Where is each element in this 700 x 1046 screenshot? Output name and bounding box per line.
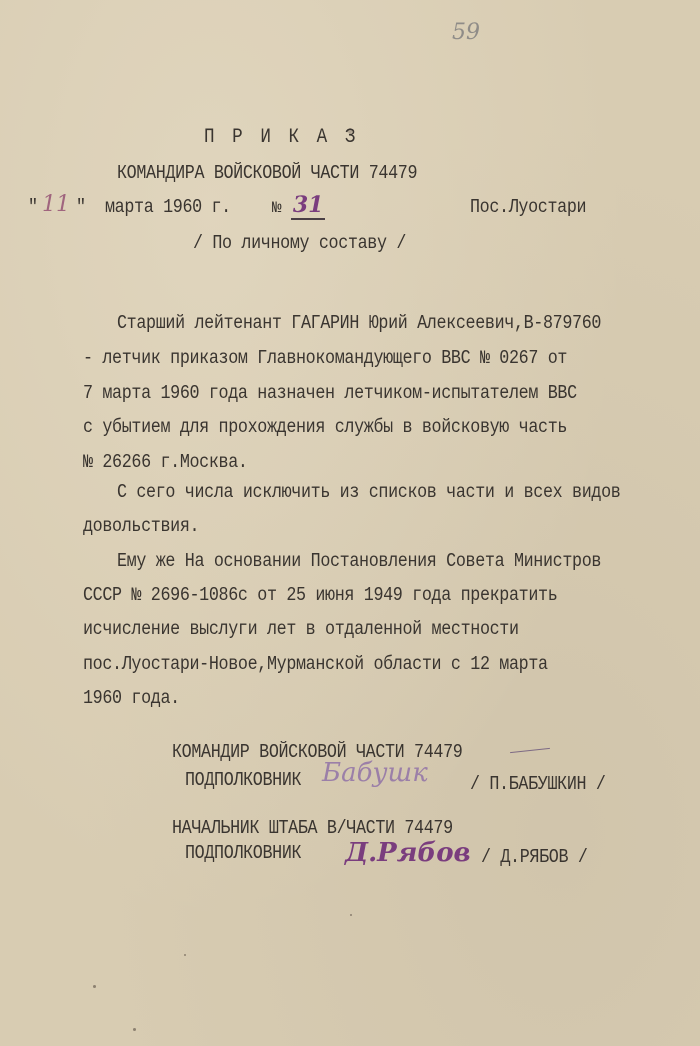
paper-speck xyxy=(93,985,96,988)
signer-rank: ПОДПОЛКОВНИК xyxy=(185,769,301,791)
body-line: 7 марта 1960 года назначен летчиком-испы… xyxy=(83,382,577,404)
body-line: - летчик приказом Главнокомандующего ВВС… xyxy=(83,347,567,369)
order-category: / По личному составу / xyxy=(193,232,406,254)
document-title: П Р И К А З xyxy=(204,126,359,149)
paper-speck xyxy=(184,954,186,956)
paper-speck xyxy=(133,1028,136,1031)
document-page: 59 П Р И К А З КОМАНДИРА ВОЙСКОВОЙ ЧАСТИ… xyxy=(0,0,700,1046)
body-line: 1960 года. xyxy=(83,687,180,709)
handwritten-signature: Д.Рябов xyxy=(345,838,471,868)
number-sign: № xyxy=(272,199,281,217)
body-line: исчисление выслуги лет в отдаленной мест… xyxy=(83,618,519,640)
signer-position: НАЧАЛЬНИК ШТАБА В/ЧАСТИ 74479 xyxy=(172,817,453,839)
handwritten-signature: Бабушк xyxy=(322,758,428,788)
body-line: с убытием для прохождения службы в войск… xyxy=(83,416,567,438)
quote-close: " xyxy=(76,196,86,218)
body-line: СССР № 2696-1086с от 25 июня 1949 года п… xyxy=(83,584,557,606)
document-subtitle: КОМАНДИРА ВОЙСКОВОЙ ЧАСТИ 74479 xyxy=(117,162,417,184)
body-line: Старший лейтенант ГАГАРИН Юрий Алексееви… xyxy=(117,312,601,334)
signer-name: / П.БАБУШКИН / xyxy=(470,773,606,795)
signer-name: / Д.РЯБОВ / xyxy=(481,846,588,868)
order-number: № 31 xyxy=(272,192,325,218)
body-line: Ему же На основании Постановления Совета… xyxy=(117,550,601,572)
order-location: Пос.Луостари xyxy=(470,196,586,218)
body-line: довольствия. xyxy=(83,515,199,537)
date-day: 11 xyxy=(42,192,70,217)
page-number: 59 xyxy=(452,20,480,45)
paper-speck xyxy=(350,914,352,916)
order-date: марта 1960 г. xyxy=(105,196,231,218)
number-value: 31 xyxy=(291,192,326,220)
body-line: С сего числа исключить из списков части … xyxy=(117,481,620,503)
signer-rank: ПОДПОЛКОВНИК xyxy=(185,842,301,864)
quote-open: " xyxy=(28,196,38,218)
body-line: пос.Луостари-Новое,Мурманской области с … xyxy=(83,653,548,675)
signature-stroke xyxy=(510,748,550,753)
body-line: № 26266 г.Москва. xyxy=(83,451,248,473)
